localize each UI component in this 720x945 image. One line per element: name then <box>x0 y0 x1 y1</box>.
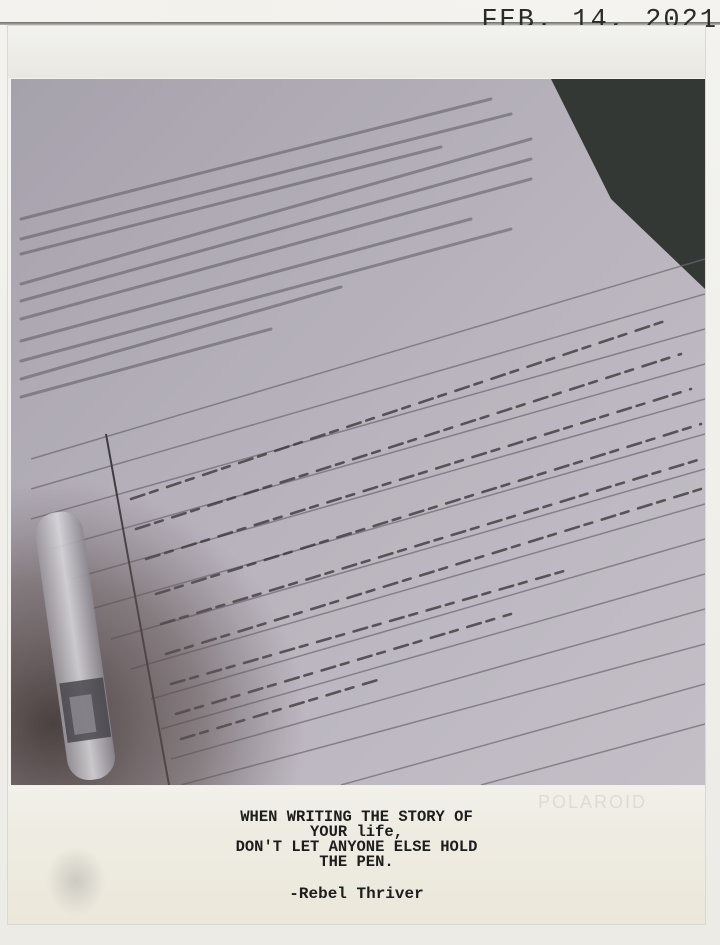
polaroid-frame: POLAROID WHEN WRITING THE STORY OF YOUR … <box>8 26 705 924</box>
quote-attribution: -Rebel Thriver <box>8 887 705 902</box>
polaroid-caption-area: POLAROID WHEN WRITING THE STORY OF YOUR … <box>8 786 705 924</box>
quote-line: THE PEN. <box>8 855 705 870</box>
polaroid-top-border <box>8 26 705 78</box>
notebook-photo <box>11 79 705 785</box>
quote-caption: WHEN WRITING THE STORY OF YOUR life, DON… <box>8 810 705 902</box>
photo <box>11 79 705 785</box>
